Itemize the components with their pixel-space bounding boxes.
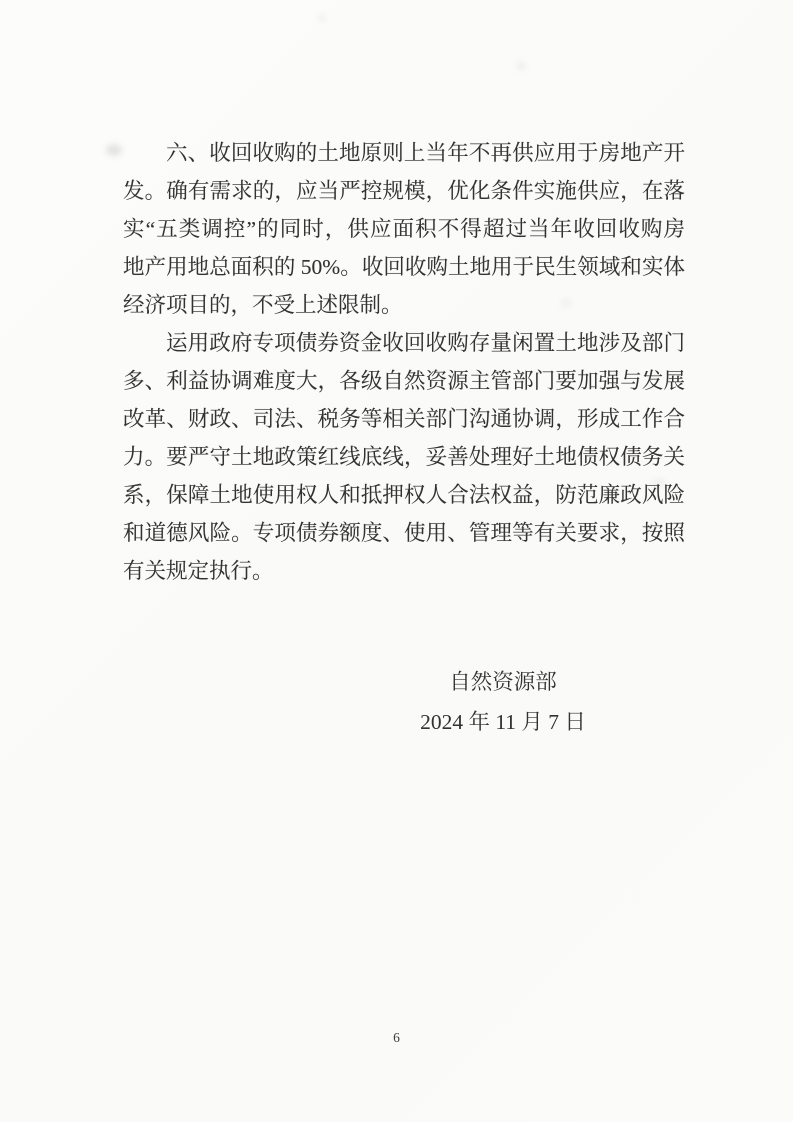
signature-organization: 自然资源部 (353, 662, 653, 702)
signature-date: 2024 年 11 月 7 日 (353, 702, 653, 742)
text-line: 六、收回收购的土地原则上当年不再供应用于房地产开 (123, 134, 685, 172)
text-line: 系，保障土地使用权人和抵押权人合法权益，防范廉政风险 (123, 476, 685, 514)
text-line: 地产用地总面积的 50%。收回收购土地用于民生领域和实体 (123, 248, 685, 286)
signature-block: 自然资源部 2024 年 11 月 7 日 (353, 662, 653, 742)
text-line: 发。确有需求的，应当严控规模，优化条件实施供应，在落 (123, 172, 685, 210)
text-line: 有关规定执行。 (123, 552, 685, 590)
document-page: 六、收回收购的土地原则上当年不再供应用于房地产开发。确有需求的，应当严控规模，优… (0, 0, 793, 1122)
text-line: 运用政府专项债券资金收回收购存量闲置土地涉及部门 (123, 324, 685, 362)
scan-artifact (106, 144, 122, 156)
text-line: 经济项目的，不受上述限制。 (123, 286, 685, 324)
scan-artifact (516, 62, 526, 70)
text-line: 实“五类调控”的同时，供应面积不得超过当年收回收购房 (123, 210, 685, 248)
text-line: 和道德风险。专项债券额度、使用、管理等有关要求，按照 (123, 514, 685, 552)
text-line: 多、利益协调难度大，各级自然资源主管部门要加强与发展 (123, 362, 685, 400)
text-line: 力。要严守土地政策红线底线，妥善处理好土地债权债务关 (123, 438, 685, 476)
page-number: 6 (0, 1030, 793, 1046)
paragraph-coordination-requirements: 运用政府专项债券资金收回收购存量闲置土地涉及部门多、利益协调难度大，各级自然资源… (123, 324, 685, 590)
text-line: 改革、财政、司法、税务等相关部门沟通协调，形成工作合 (123, 400, 685, 438)
scan-artifact (318, 14, 326, 22)
paragraph-land-supply-rule: 六、收回收购的土地原则上当年不再供应用于房地产开发。确有需求的，应当严控规模，优… (123, 134, 685, 324)
document-body: 六、收回收购的土地原则上当年不再供应用于房地产开发。确有需求的，应当严控规模，优… (123, 134, 685, 590)
